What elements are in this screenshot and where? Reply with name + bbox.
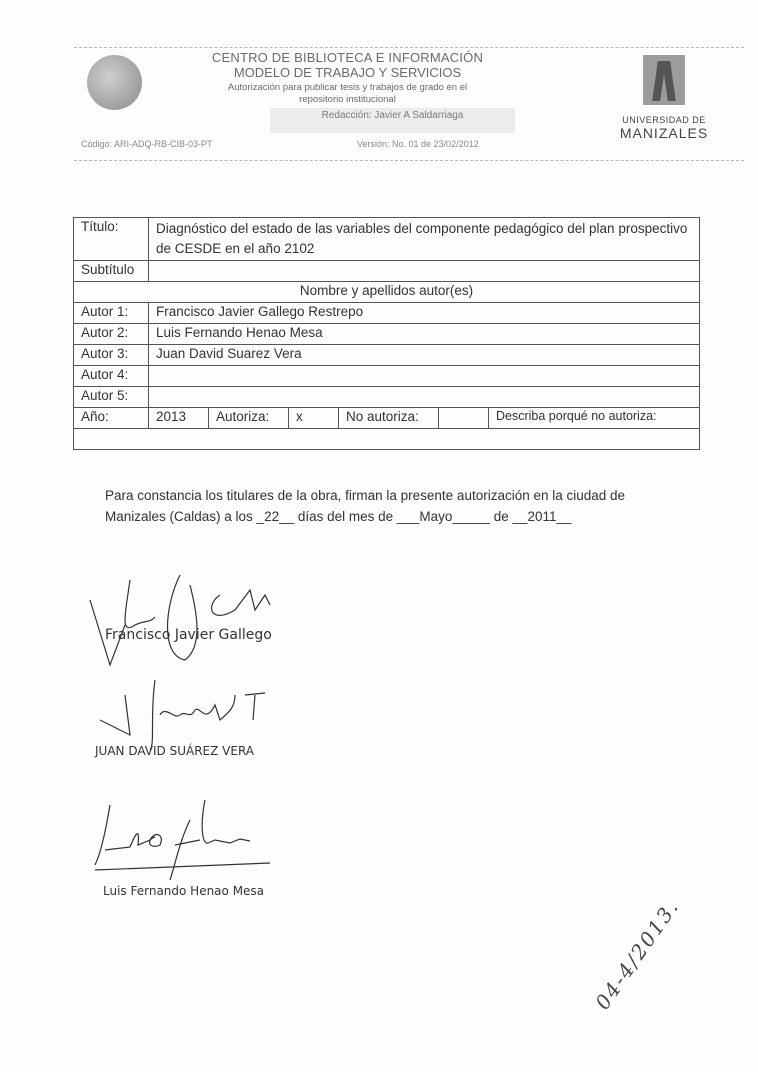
title-label: Título: [74, 218, 149, 261]
author-row: Autor 4: [74, 366, 700, 387]
handwritten-date-note: 04-4/2013. [590, 895, 684, 1014]
header-bottom-border [74, 160, 744, 161]
signature-3-name: Luis Fernando Henao Mesa [103, 884, 264, 898]
document-version: Versión: No. 01 de 23/02/2012 [357, 139, 479, 149]
statement: Para constancia los titulares de la obra… [105, 485, 705, 527]
title-value: Diagnóstico del estado de las variables … [149, 218, 700, 261]
university-name-line2: MANIZALES [612, 125, 716, 141]
header-top-border [74, 47, 744, 48]
author-name [149, 366, 700, 387]
signature-2-scribble-icon [95, 675, 275, 755]
author-name: Juan David Suarez Vera [149, 345, 700, 366]
year-value: 2013 [149, 408, 209, 429]
author-label: Autor 4: [74, 366, 149, 387]
title-row: Título: Diagnóstico del estado de las va… [74, 218, 700, 261]
header-line3a: Autorización para publicar tesis y traba… [180, 82, 515, 94]
statement-line2: Manizales (Caldas) a los _22__ días del … [105, 506, 705, 527]
document-code: Código: ARI-ADQ-RB-CIB-03-PT [81, 139, 213, 149]
no-authorize-label: No autoriza: [339, 408, 439, 429]
author-label: Autor 2: [74, 324, 149, 345]
university-name-line1: UNIVERSIDAD DE [612, 115, 716, 125]
author-name [149, 387, 700, 408]
reason-label: Describa porqué no autoriza: [489, 408, 700, 429]
subtitle-label: Subtítulo [74, 261, 149, 282]
redaccion-text: Redacción: Javier A Saldarriaga [270, 110, 515, 121]
reason-value [74, 429, 700, 450]
year-label: Año: [74, 408, 149, 429]
author-label: Autor 3: [74, 345, 149, 366]
signature-2-name: JUAN DAVID SUÁREZ VERA [95, 744, 254, 758]
author-row: Autor 1: Francisco Javier Gallego Restre… [74, 303, 700, 324]
authorize-value: x [289, 408, 339, 429]
signature-3-scribble-icon [90, 795, 290, 885]
author-row: Autor 2: Luis Fernando Henao Mesa [74, 324, 700, 345]
header-line2: MODELO DE TRABAJO Y SERVICIOS [180, 65, 515, 80]
redaccion-box: Redacción: Javier A Saldarriaga [270, 108, 515, 133]
library-logo-icon [87, 55, 142, 110]
author-name: Luis Fernando Henao Mesa [149, 324, 700, 345]
authors-header-row: Nombre y apellidos autor(es) [74, 282, 700, 303]
author-row: Autor 5: [74, 387, 700, 408]
statement-line1: Para constancia los titulares de la obra… [105, 485, 705, 506]
authors-header: Nombre y apellidos autor(es) [74, 282, 700, 303]
authorization-row: Año: 2013 Autoriza: x No autoriza: Descr… [74, 408, 700, 429]
author-label: Autor 5: [74, 387, 149, 408]
no-authorize-value [439, 408, 489, 429]
header-line1: CENTRO DE BIBLIOTECA E INFORMACIÓN [180, 50, 515, 65]
author-row: Autor 3: Juan David Suarez Vera [74, 345, 700, 366]
header-line3b: repositorio institucional [180, 94, 515, 106]
signature-1-name: Francisco Javier Gallego [105, 627, 272, 643]
author-label: Autor 1: [74, 303, 149, 324]
reason-row [74, 429, 700, 450]
authorization-form-table: Título: Diagnóstico del estado de las va… [73, 217, 700, 450]
header-line3: Autorización para publicar tesis y traba… [180, 82, 515, 106]
subtitle-row: Subtítulo [74, 261, 700, 282]
author-name: Francisco Javier Gallego Restrepo [149, 303, 700, 324]
university-logo-icon [643, 55, 685, 105]
signature-1-scribble-icon [85, 565, 285, 675]
authorize-label: Autoriza: [209, 408, 289, 429]
subtitle-value [149, 261, 700, 282]
